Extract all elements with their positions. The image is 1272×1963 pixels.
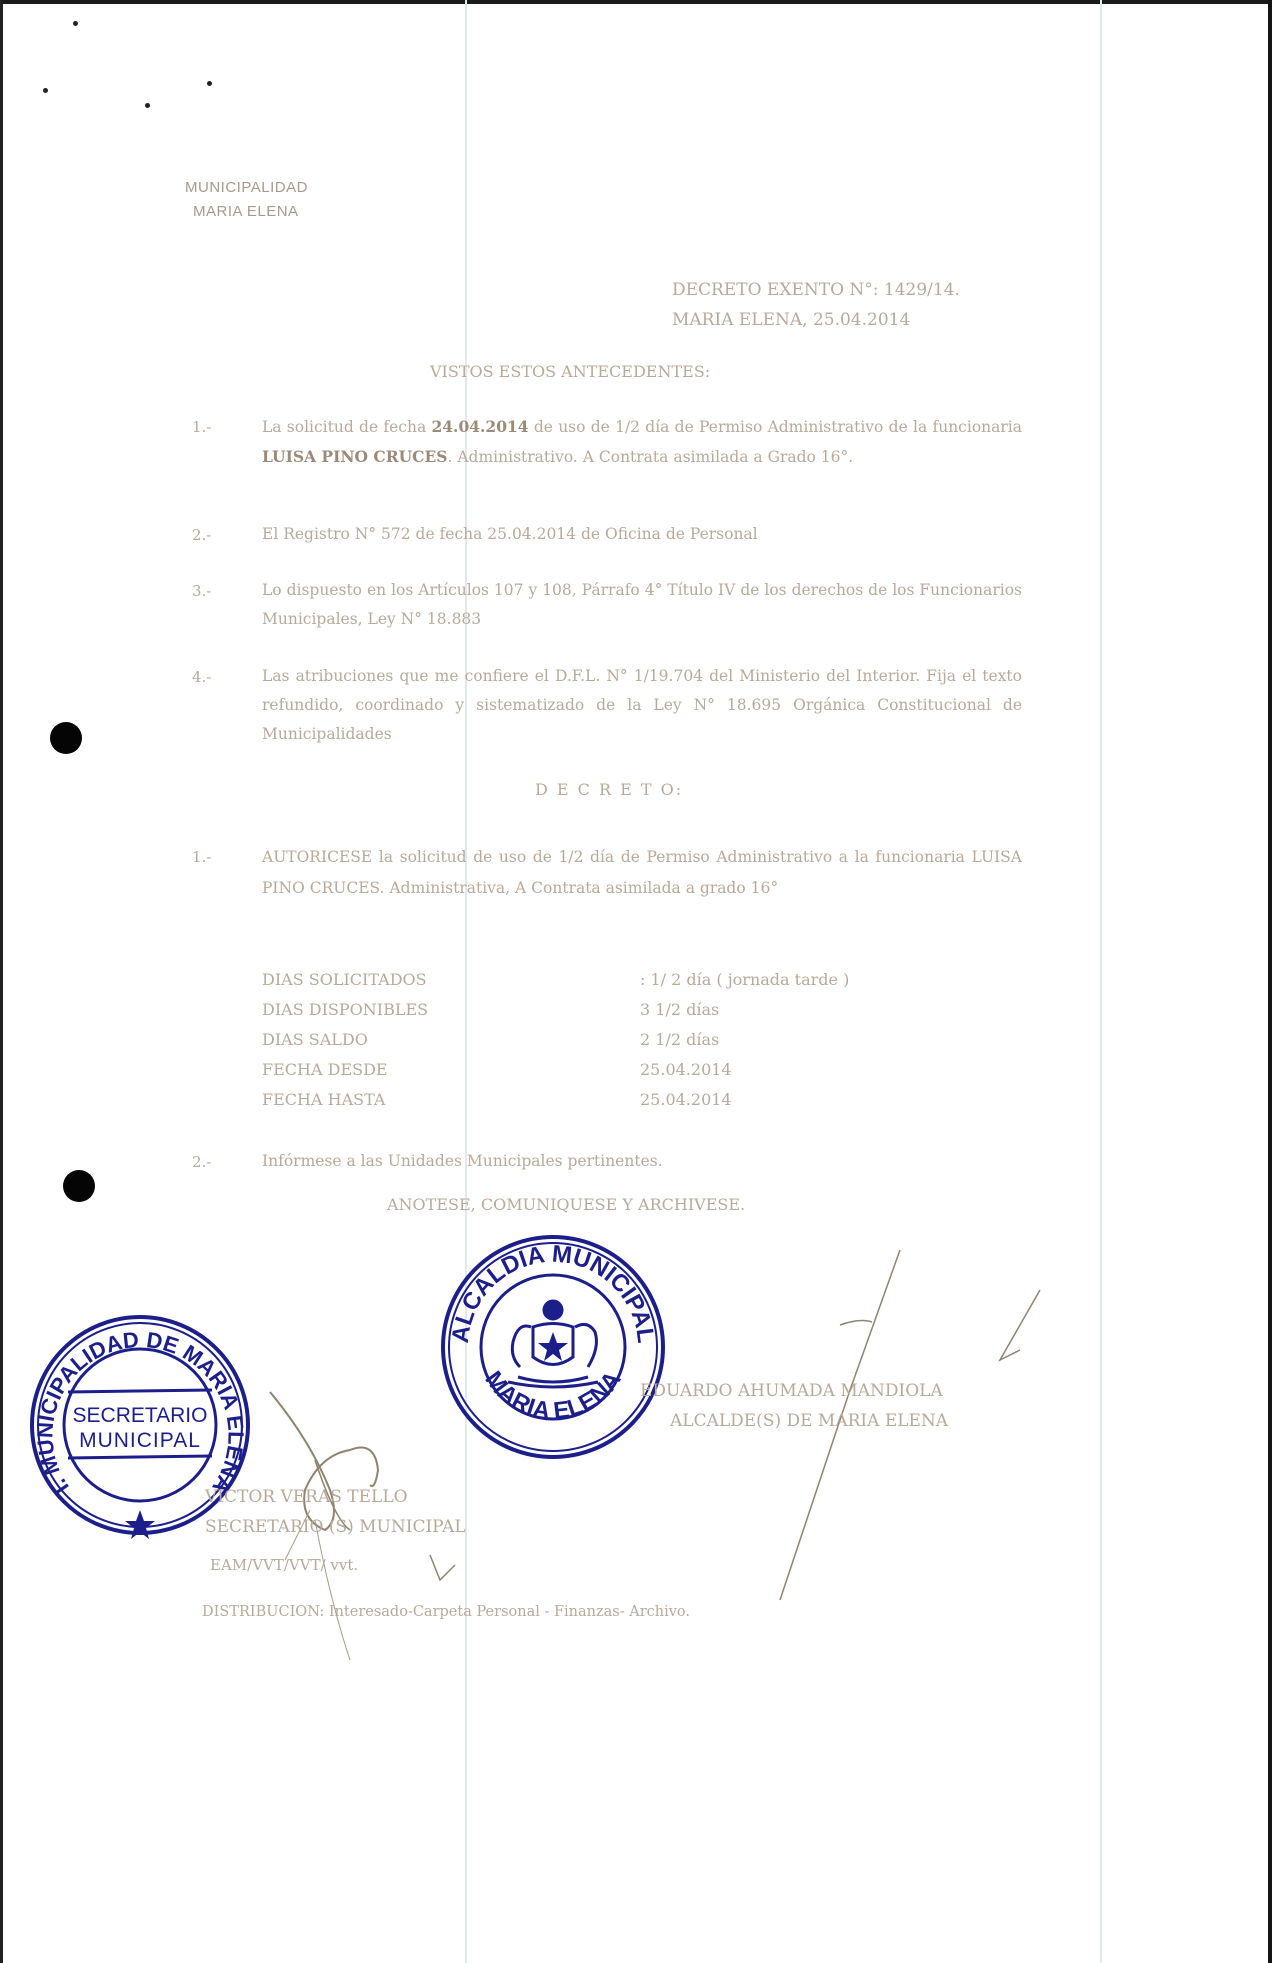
detail-value: 25.04.2014 [640, 1055, 732, 1085]
detail-label: DIAS DISPONIBLES [262, 995, 428, 1025]
scan-speck [73, 21, 78, 26]
item-number: 1.- [192, 418, 211, 436]
detail-label: DIAS SALDO [262, 1025, 368, 1055]
fold-line [1100, 0, 1102, 1963]
antecedente-1: La solicitud de fecha 24.04.2014 de uso … [262, 412, 1022, 472]
scan-edge-left [0, 0, 3, 1963]
detail-value: : 1/ 2 día ( jornada tarde ) [640, 965, 849, 995]
item-number: 1.- [192, 848, 211, 866]
place-date: MARIA ELENA, 25.04.2014 [672, 305, 960, 335]
item-number: 3.- [192, 582, 211, 600]
header-line2: MARIA ELENA [185, 200, 308, 224]
resolution-1: AUTORICESE la solicitud de uso de 1/2 dí… [262, 842, 1022, 904]
autoricese-keyword: AUTORICESE [262, 848, 372, 866]
antecedente-3: Lo dispuesto en los Artículos 107 y 108,… [262, 576, 1022, 634]
decreto-title: D E C R E T O: [535, 780, 683, 799]
scan-speck [207, 81, 212, 86]
mayor-signature-block: EDUARDO AHUMADA MANDIOLA ALCALDE(S) DE M… [640, 1376, 948, 1436]
detail-label: FECHA HASTA [262, 1085, 385, 1115]
scan-speck [145, 103, 150, 108]
detail-value: 3 1/2 días [640, 995, 719, 1025]
mayor-name: EDUARDO AHUMADA MANDIOLA [640, 1376, 948, 1406]
scan-edge-right [1268, 0, 1272, 1963]
punch-hole [50, 722, 82, 754]
antecedente-4: Las atribuciones que me confiere el D.F.… [262, 662, 1022, 749]
scan-speck [43, 88, 48, 93]
item-number: 2.- [192, 1153, 211, 1171]
decree-heading: DECRETO EXENTO N°: 1429/14. MARIA ELENA,… [672, 275, 960, 335]
municipality-header: MUNICIPALIDAD MARIA ELENA [185, 176, 308, 224]
employee-name: LUISA PINO CRUCES [262, 447, 448, 466]
vistos-title: VISTOS ESTOS ANTECEDENTES: [430, 362, 710, 381]
secretary-name: VICTOR VERAS TELLO [205, 1482, 466, 1512]
typist-initials: EAM/VVT/VVT/ vvt. [210, 1556, 358, 1574]
resolution-2: Infórmese a las Unidades Municipales per… [262, 1147, 1022, 1176]
secretary-title: SECRETARIO (S) MUNICIPAL [205, 1512, 466, 1542]
distribution-list: DISTRIBUCION: Interesado-Carpeta Persona… [202, 1604, 690, 1620]
detail-label: FECHA DESDE [262, 1055, 388, 1085]
detail-value: 2 1/2 días [640, 1025, 719, 1055]
stamp-center-line1: SECRETARIO [73, 1404, 208, 1427]
detail-label: DIAS SOLICITADOS [262, 965, 427, 995]
decree-number: DECRETO EXENTO N°: 1429/14. [672, 275, 960, 305]
stamp-center-line2: MUNICIPAL [79, 1429, 201, 1452]
punch-hole [63, 1170, 95, 1202]
detail-value: 25.04.2014 [640, 1085, 732, 1115]
request-date: 24.04.2014 [431, 417, 528, 436]
scan-edge-top [0, 0, 1272, 4]
mayor-title: ALCALDE(S) DE MARIA ELENA [640, 1406, 948, 1436]
antecedente-2: El Registro N° 572 de fecha 25.04.2014 d… [262, 520, 1022, 549]
header-line1: MUNICIPALIDAD [185, 176, 308, 200]
item-number: 2.- [192, 526, 211, 544]
closing-formula: ANOTESE, COMUNIQUESE Y ARCHIVESE. [387, 1195, 745, 1214]
item-number: 4.- [192, 668, 211, 686]
secretary-signature-block: VICTOR VERAS TELLO SECRETARIO (S) MUNICI… [205, 1482, 466, 1542]
